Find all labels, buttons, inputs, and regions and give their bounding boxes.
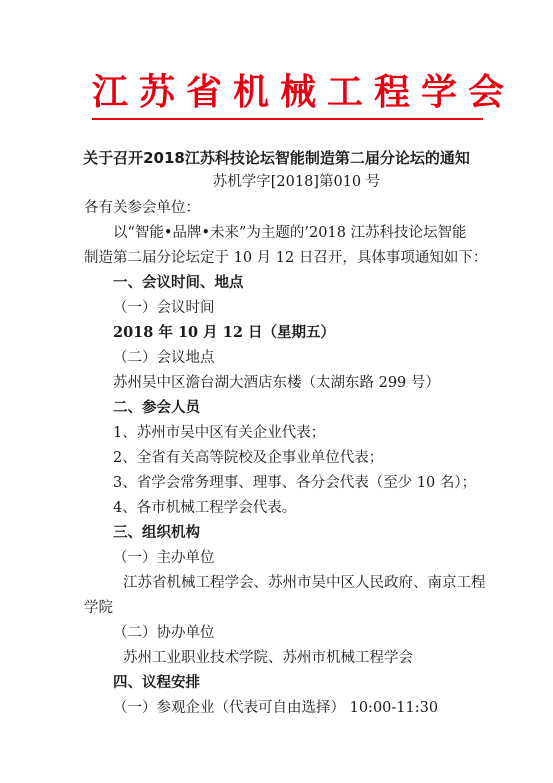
meeting-venue: 苏州吴中区澹台湖大酒店东楼（太湖东路 299 号） [113,373,440,393]
hosts-line-1: 江苏省机械工程学会、苏州市吴中区人民政府、南京工程 [123,573,486,593]
attendee-item: 2、全省有关高等院校及企事业单位代表； [113,448,383,468]
hosts-line-2: 学院 [84,598,113,618]
intro-paragraph-line-1: 以“智能•品牌•未来”为主题的’2018 江苏科技论坛智能 [113,223,467,243]
org-name-heading: 江苏省机械工程学会 [92,72,484,114]
letterhead-divider [92,118,483,120]
agenda-item: （一）参观企业（代表可自由选择） 10:00-11:30 [113,698,438,718]
meeting-date: 2018 年 10 月 12 日（星期五） [113,323,335,343]
section-4-heading: 四、议程安排 [113,673,200,693]
notice-title: 关于召开2018江苏科技论坛智能制造第二届分论坛的通知 [0,148,553,168]
section-3-heading: 三、组织机构 [113,523,200,543]
section-2-heading: 二、参会人员 [113,398,200,418]
salutation: 各有关参会单位： [84,198,200,218]
co-host-label: （二）协办单位 [113,623,215,643]
intro-paragraph-line-2: 制造第二届分论坛定于 10 月 12 日召开，具体事项通知如下： [84,248,487,268]
attendee-item: 1、苏州市吴中区有关企业代表； [113,423,325,443]
meeting-time-label: （一）会议时间 [113,298,215,318]
co-hosts: 苏州工业职业技术学院、苏州市机械工程学会 [123,648,413,668]
meeting-venue-label: （二）会议地点 [113,348,215,368]
host-label: （一）主办单位 [113,548,215,568]
attendee-item: 3、省学会常务理事、理事、各分会代表（至少 10 名）； [113,473,476,493]
document-number: 苏机学字[2018]第010 号 [0,172,553,192]
section-1-heading: 一、会议时间、地点 [113,273,244,293]
attendee-item: 4、各市机械工程学会代表。 [113,498,296,518]
